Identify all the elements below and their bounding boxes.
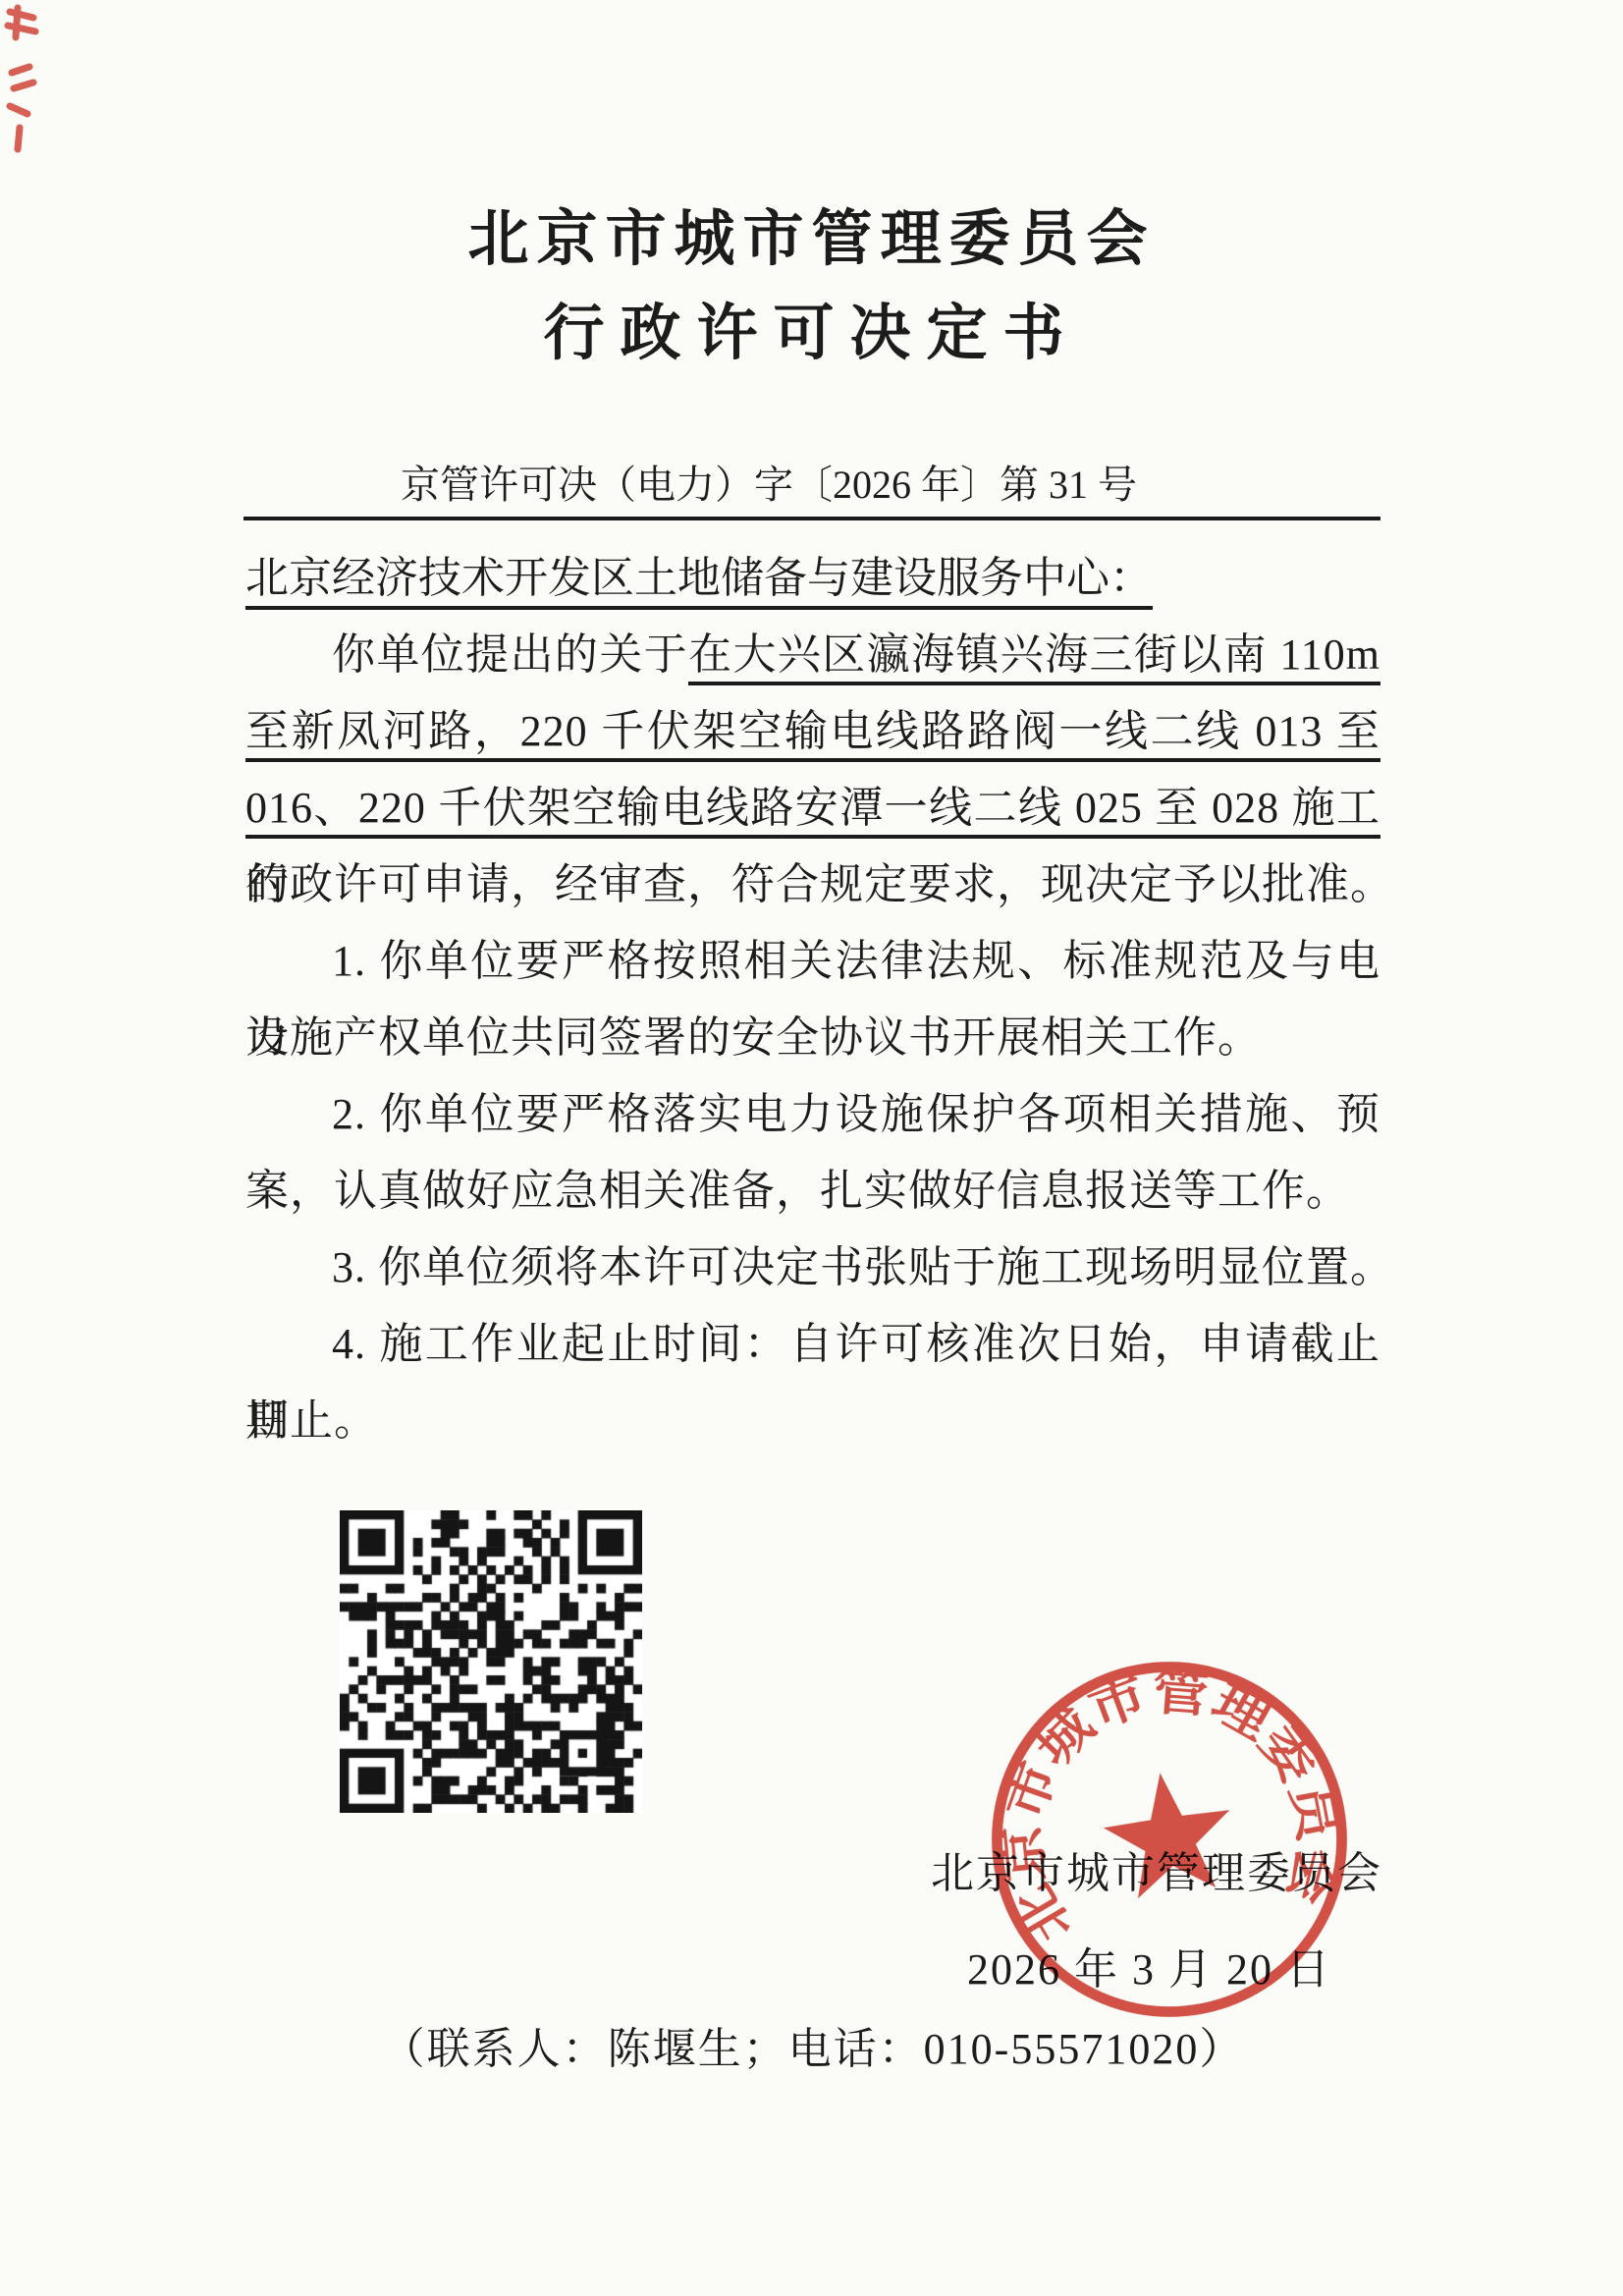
underlined-project-text: 在大兴区瀛海镇兴海三街以南 110m bbox=[688, 630, 1380, 685]
paragraph-lead: 你单位提出的关于 bbox=[332, 630, 688, 679]
document-number: 京管许可决（电力）字〔2026 年〕第 31 号 bbox=[243, 454, 1380, 520]
body-line: 016、220 千伏架空输电线路安潭一线二线 025 至 028 施工的 bbox=[245, 770, 1380, 847]
body-line-item-2: 2. 你单位要严格落实电力设施保护各项相关措施、预 bbox=[245, 1076, 1380, 1153]
underlined-project-text: 至新凤河路，220 千伏架空输电线路路阀一线二线 013 至 bbox=[245, 707, 1380, 762]
corner-stamp-artifact bbox=[4, 4, 102, 161]
signing-organization: 北京市城市管理委员会 bbox=[884, 1846, 1382, 1901]
contact-line: （联系人：陈堰生；电话：010-55571020） bbox=[245, 2013, 1380, 2076]
underlined-project-text: 016、220 千伏架空输电线路安潭一线二线 025 至 028 施工 bbox=[245, 784, 1380, 839]
body-line: 期止。 bbox=[245, 1383, 1380, 1459]
title-line-2: 行政许可决定书 bbox=[0, 287, 1623, 381]
recipient-line: 北京经济技术开发区土地储备与建设服务中心： bbox=[245, 546, 1382, 611]
title-line-1: 北京市城市管理委员会 bbox=[0, 192, 1623, 287]
body-line-item-1: 1. 你单位要严格按照相关法律法规、标准规范及与电力 bbox=[245, 923, 1380, 1000]
signature-date: 2026 年 3 月 20 日 bbox=[884, 1942, 1382, 1997]
recipient-text: 北京经济技术开发区土地储备与建设服务中心： bbox=[245, 554, 1153, 610]
body-line: 至新凤河路，220 千伏架空输电线路路阀一线二线 013 至 bbox=[245, 693, 1380, 770]
body-line-item-3: 3. 你单位须将本许可决定书张贴于施工现场明显位置。 bbox=[245, 1230, 1380, 1306]
scanned-document-page: 北京市城市管理委员会 行政许可决定书 京管许可决（电力）字〔2026 年〕第 3… bbox=[0, 0, 1623, 2296]
qr-code bbox=[340, 1510, 642, 1813]
body-line: 设施产权单位共同签署的安全协议书开展相关工作。 bbox=[245, 1000, 1380, 1076]
signature-block: 北京市城市管理委员会 2026 年 3 月 20 日 bbox=[884, 1846, 1382, 1997]
document-title: 北京市城市管理委员会 行政许可决定书 bbox=[0, 192, 1623, 381]
body-line: 你单位提出的关于在大兴区瀛海镇兴海三街以南 110m bbox=[245, 617, 1380, 693]
body-text: 你单位提出的关于在大兴区瀛海镇兴海三街以南 110m 至新凤河路，220 千伏架… bbox=[245, 617, 1380, 1459]
body-line: 行政许可申请，经审查，符合规定要求，现决定予以批准。 bbox=[245, 847, 1380, 923]
body-line-item-4: 4. 施工作业起止时间：自许可核准次日始，申请截止日 bbox=[245, 1306, 1380, 1383]
body-line: 案，认真做好应急相关准备，扎实做好信息报送等工作。 bbox=[245, 1153, 1380, 1230]
